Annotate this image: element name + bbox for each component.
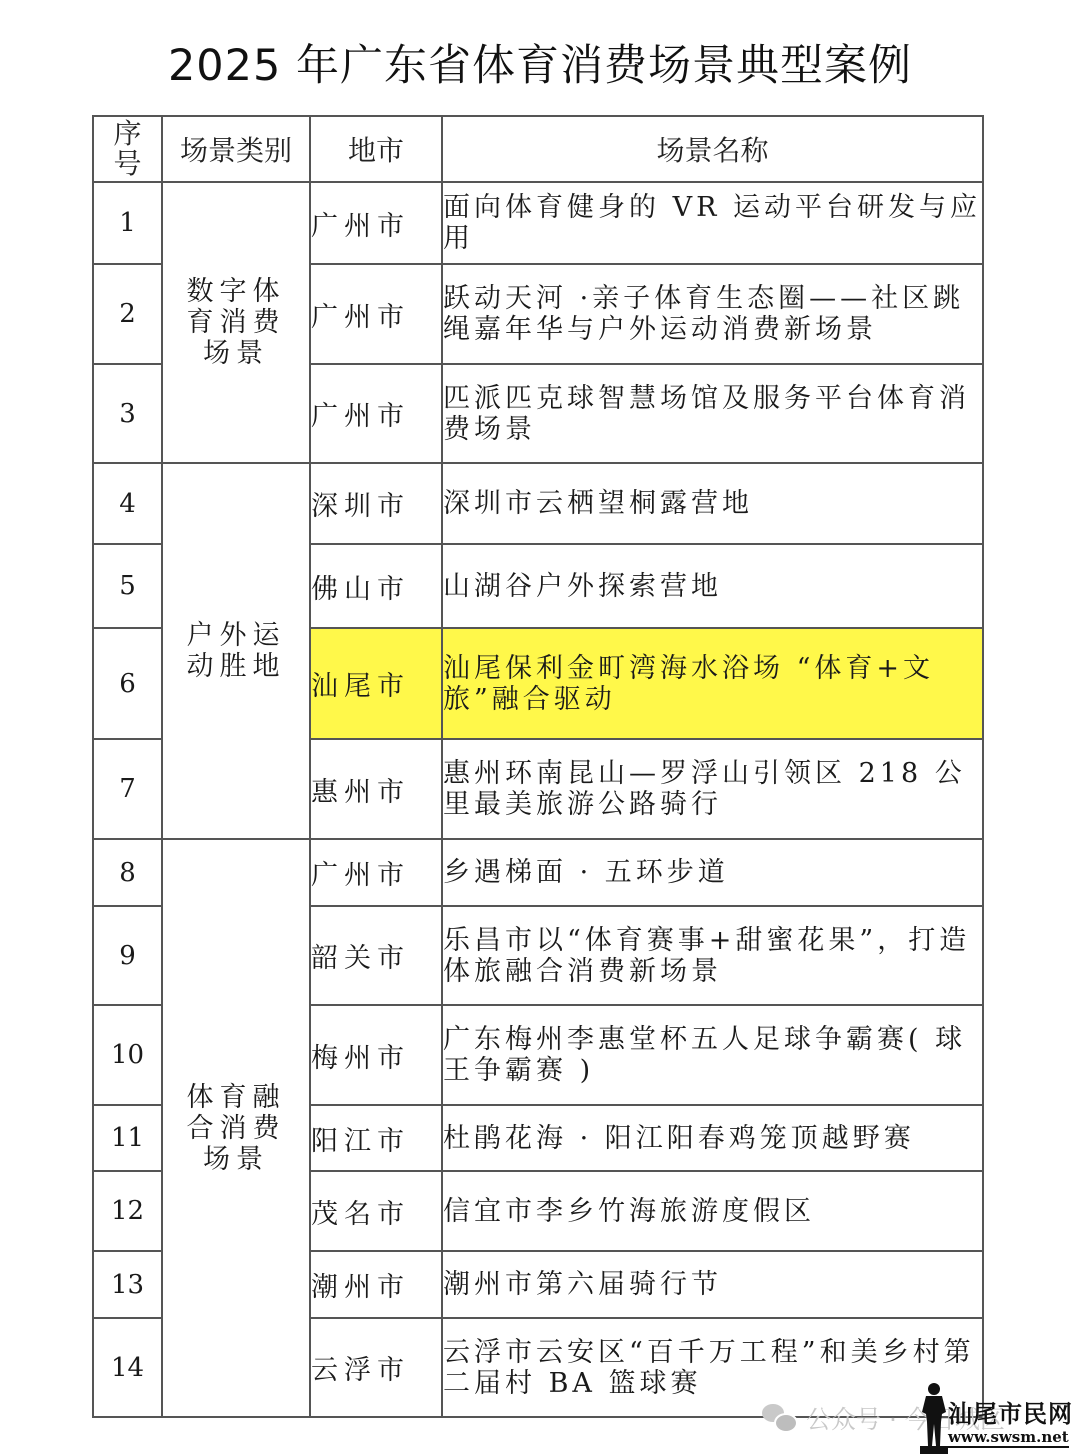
cell-name: 深圳市云栖望桐露营地: [442, 463, 983, 544]
cell-seq: 1: [93, 182, 162, 264]
cell-city: 惠州市: [310, 739, 442, 839]
cell-seq: 5: [93, 544, 162, 628]
cell-seq: 9: [93, 906, 162, 1005]
cell-name: 惠州环南昆山—罗浮山引领区 218 公里最美旅游公路骑行: [442, 739, 983, 839]
cell-seq: 10: [93, 1005, 162, 1105]
header-city: 地市: [310, 116, 442, 182]
header-category: 场景类别: [162, 116, 310, 182]
cell-city: 梅州市: [310, 1005, 442, 1105]
cell-seq: 12: [93, 1171, 162, 1251]
logo-url: www.swsm.net: [948, 1428, 1069, 1448]
cell-category: 数字体育消费场景: [162, 182, 310, 463]
cell-city: 潮州市: [310, 1251, 442, 1318]
cell-seq: 14: [93, 1318, 162, 1417]
cell-seq: 11: [93, 1105, 162, 1171]
cell-city: 广州市: [310, 182, 442, 264]
page-title: 2025 年广东省体育消费场景典型案例: [0, 38, 1080, 94]
cell-name: 潮州市第六届骑行节: [442, 1251, 983, 1318]
cell-name: 匹派匹克球智慧场馆及服务平台体育消费场景: [442, 364, 983, 463]
cell-name: 乐昌市以“体育赛事+甜蜜花果”，打造体旅融合消费新场景: [442, 906, 983, 1005]
site-logo: 汕尾市民网 www.swsm.net: [918, 1382, 1078, 1456]
cell-seq: 4: [93, 463, 162, 544]
cell-city: 深圳市: [310, 463, 442, 544]
cell-seq: 6: [93, 628, 162, 739]
cell-city: 茂名市: [310, 1171, 442, 1251]
cell-seq: 8: [93, 839, 162, 906]
cell-city: 韶关市: [310, 906, 442, 1005]
cell-city: 阳江市: [310, 1105, 442, 1171]
cell-name: 广东梅州李惠堂杯五人足球争霸赛( 球王争霸赛 ): [442, 1005, 983, 1105]
table-row: 4 户外运动胜地 深圳市 深圳市云栖望桐露营地: [93, 463, 983, 544]
cell-city: 云浮市: [310, 1318, 442, 1417]
cell-category: 体育融合消费场景: [162, 839, 310, 1417]
cell-name: 面向体育健身的 VR 运动平台研发与应用: [442, 182, 983, 264]
cell-seq: 7: [93, 739, 162, 839]
table-row: 8 体育融合消费场景 广州市 乡遇梯面 · 五环步道: [93, 839, 983, 906]
cell-city: 汕尾市: [310, 628, 442, 739]
cell-name: 山湖谷户外探索营地: [442, 544, 983, 628]
table-row: 1 数字体育消费场景 广州市 面向体育健身的 VR 运动平台研发与应用: [93, 182, 983, 264]
cell-city: 佛山市: [310, 544, 442, 628]
cell-city: 广州市: [310, 364, 442, 463]
logo-name: 汕尾市民网: [948, 1394, 1073, 1429]
wechat-icon: [762, 1404, 798, 1432]
cell-name: 信宜市李乡竹海旅游度假区: [442, 1171, 983, 1251]
cell-name: 乡遇梯面 · 五环步道: [442, 839, 983, 906]
person-silhouette-icon: [920, 1382, 948, 1454]
cell-name: 汕尾保利金町湾海水浴场 “体育+文旅”融合驱动: [442, 628, 983, 739]
cell-seq: 13: [93, 1251, 162, 1318]
cell-category: 户外运动胜地: [162, 463, 310, 839]
cell-seq: 2: [93, 264, 162, 364]
cell-name: 杜鹃花海 · 阳江阳春鸡笼顶越野赛: [442, 1105, 983, 1171]
cell-city: 广州市: [310, 839, 442, 906]
header-name: 场景名称: [442, 116, 983, 182]
cell-name: 跃动天河 ·亲子体育生态圈——社区跳绳嘉年华与户外运动消费新场景: [442, 264, 983, 364]
cell-city: 广州市: [310, 264, 442, 364]
cases-table: 序号 场景类别 地市 场景名称 1 数字体育消费场景 广州市 面向体育健身的 V…: [92, 115, 984, 1418]
cell-seq: 3: [93, 364, 162, 463]
header-seq: 序号: [93, 116, 162, 182]
table-header-row: 序号 场景类别 地市 场景名称: [93, 116, 983, 182]
